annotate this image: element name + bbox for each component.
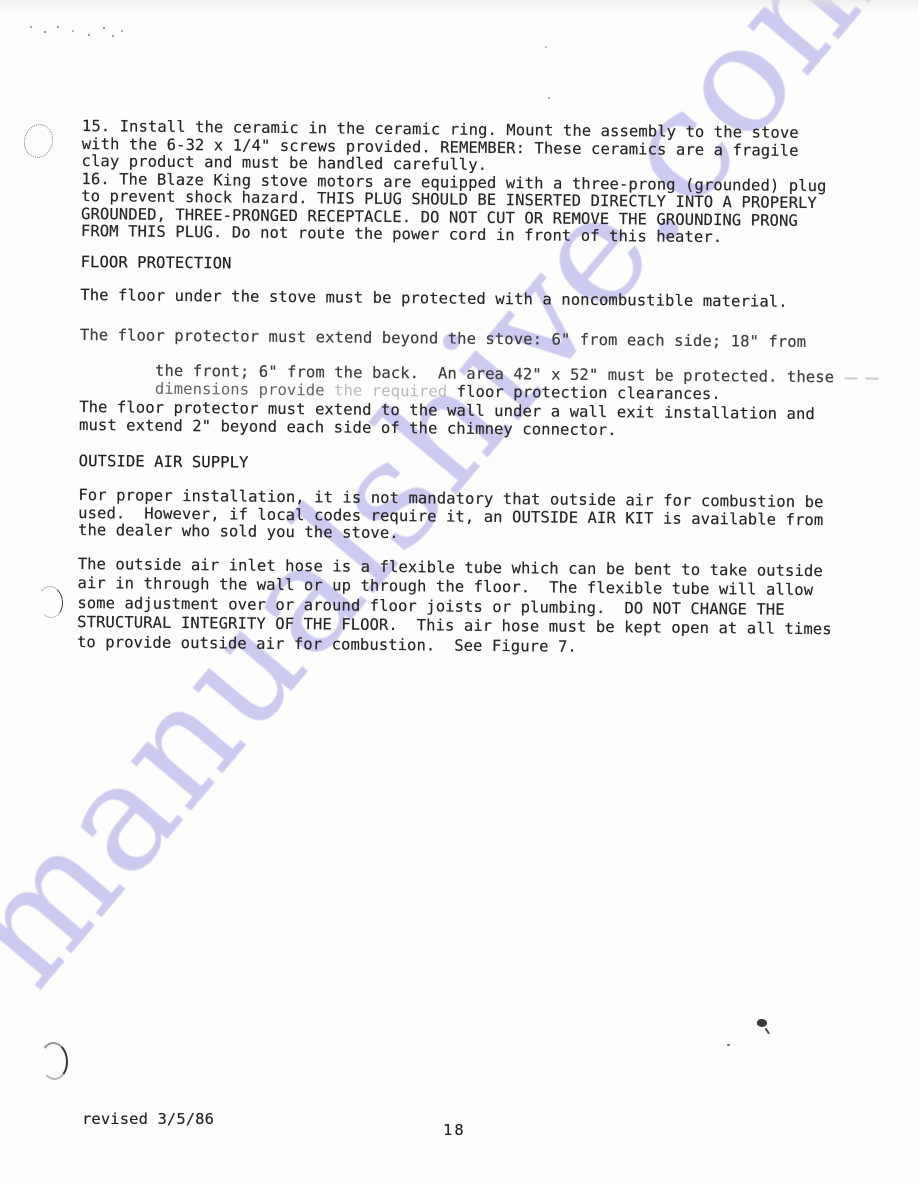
text-segment: floor protection clearances. bbox=[457, 382, 721, 403]
section-heading-floor-protection: FLOOR PROTECTION bbox=[81, 253, 232, 272]
faded-text-segment: the required bbox=[334, 381, 457, 400]
speckle-dot bbox=[112, 35, 114, 37]
speckle-dot bbox=[548, 97, 550, 99]
wall-exit-paragraph: The floor protector must extend to the w… bbox=[79, 399, 815, 441]
speckle-dot bbox=[121, 30, 123, 32]
speckle-dot bbox=[72, 30, 74, 32]
revision-note: revised 3/5/86 bbox=[82, 1110, 214, 1128]
speckle-dot bbox=[545, 46, 547, 48]
text-segment: dimensions provide bbox=[155, 379, 334, 399]
speckle-dot bbox=[57, 26, 59, 28]
section-heading-outside-air-supply: OUTSIDE AIR SUPPLY bbox=[79, 452, 249, 472]
outside-air-hose-paragraph: The outside air inlet hose is a flexible… bbox=[77, 555, 832, 659]
faded-smear bbox=[844, 377, 878, 379]
outside-air-kit-paragraph: For proper installation, it is not manda… bbox=[78, 487, 824, 547]
text-line: The floor under the stove must be protec… bbox=[80, 287, 788, 311]
speckle-dot bbox=[30, 26, 32, 28]
speckle-dot bbox=[44, 31, 46, 33]
floor-protector-extend-paragraph: The floor protector must extend beyond t… bbox=[80, 327, 879, 387]
floor-intro-paragraph: The floor under the stove must be protec… bbox=[80, 287, 788, 311]
page-number: 18 bbox=[443, 1121, 466, 1139]
document-body: 15. Install the ceramic in the ceramic r… bbox=[0, 0, 918, 1188]
speckle-dot bbox=[88, 34, 90, 36]
speckle-dot bbox=[103, 27, 105, 29]
scanned-manual-page: manualshive.com 15. Install the ceramic … bbox=[0, 0, 918, 1188]
speckle-dot bbox=[727, 1044, 730, 1046]
install-steps-paragraph: 15. Install the ceramic in the ceramic r… bbox=[81, 118, 827, 248]
